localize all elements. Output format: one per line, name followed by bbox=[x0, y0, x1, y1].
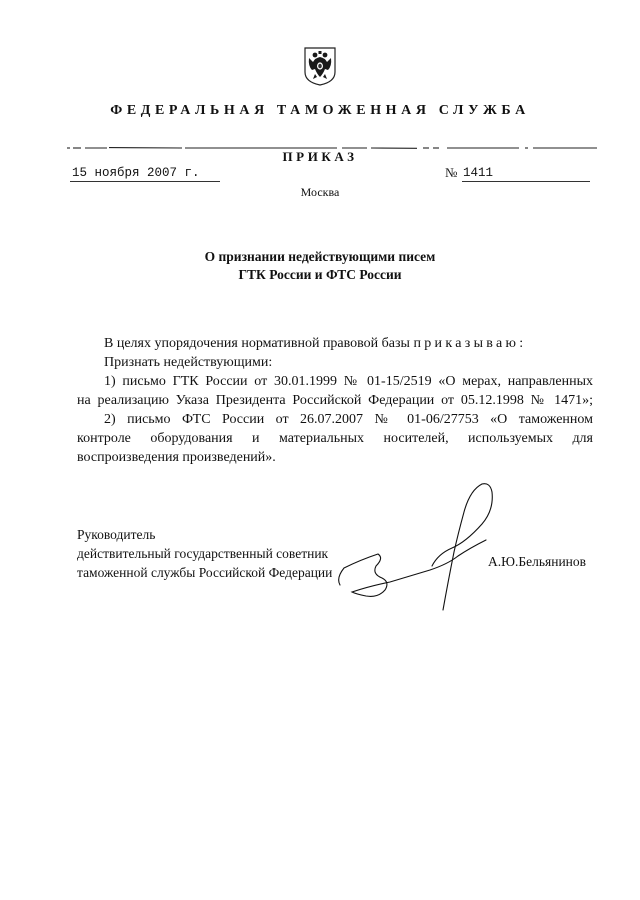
document-number: 1411 bbox=[462, 166, 590, 182]
order-word: приказываю: bbox=[413, 336, 526, 351]
number-label: № bbox=[445, 165, 457, 181]
document-type: ПРИКАЗ bbox=[0, 149, 640, 165]
signer-position-line-1: Руководитель bbox=[77, 525, 332, 544]
organization-name: ФЕДЕРАЛЬНАЯ ТАМОЖЕННАЯ СЛУЖБА bbox=[0, 103, 640, 119]
item-2-line-2: контроле оборудования и материальных нос… bbox=[77, 429, 593, 448]
signer-position-line-2: действительный государственный советник bbox=[77, 544, 332, 563]
document-date: 15 ноября 2007 г. bbox=[70, 166, 220, 182]
document-subject: О признании недействующими писем ГТК Рос… bbox=[0, 248, 640, 284]
coat-of-arms-icon bbox=[303, 46, 337, 86]
item-2-line-1: 2) письмо ФТС России от 26.07.2007 № 01-… bbox=[77, 410, 593, 429]
item-2-line-3: воспроизведения произведений». bbox=[77, 448, 593, 467]
preamble-text: В целях упорядочения нормативной правово… bbox=[104, 336, 410, 351]
item-1-line-2: на реализацию Указа Президента Российско… bbox=[77, 391, 593, 410]
signer-position-line-3: таможенной службы Российской Федерации bbox=[77, 563, 332, 582]
declare-paragraph: Признать недействующими: bbox=[77, 353, 593, 372]
signer-position: Руководитель действительный государствен… bbox=[77, 525, 332, 582]
document-city: Москва bbox=[0, 185, 640, 200]
document-body: В целях упорядочения нормативной правово… bbox=[77, 334, 593, 467]
item-1-line-1: 1) письмо ГТК России от 30.01.1999 № 01-… bbox=[77, 372, 593, 391]
preamble-paragraph: В целях упорядочения нормативной правово… bbox=[77, 334, 593, 353]
subject-line-1: О признании недействующими писем bbox=[0, 248, 640, 266]
signer-name: А.Ю.Бельянинов bbox=[488, 554, 586, 570]
header-divider bbox=[67, 138, 597, 144]
handwritten-signature-icon bbox=[330, 482, 500, 612]
subject-line-2: ГТК России и ФТС России bbox=[0, 266, 640, 284]
